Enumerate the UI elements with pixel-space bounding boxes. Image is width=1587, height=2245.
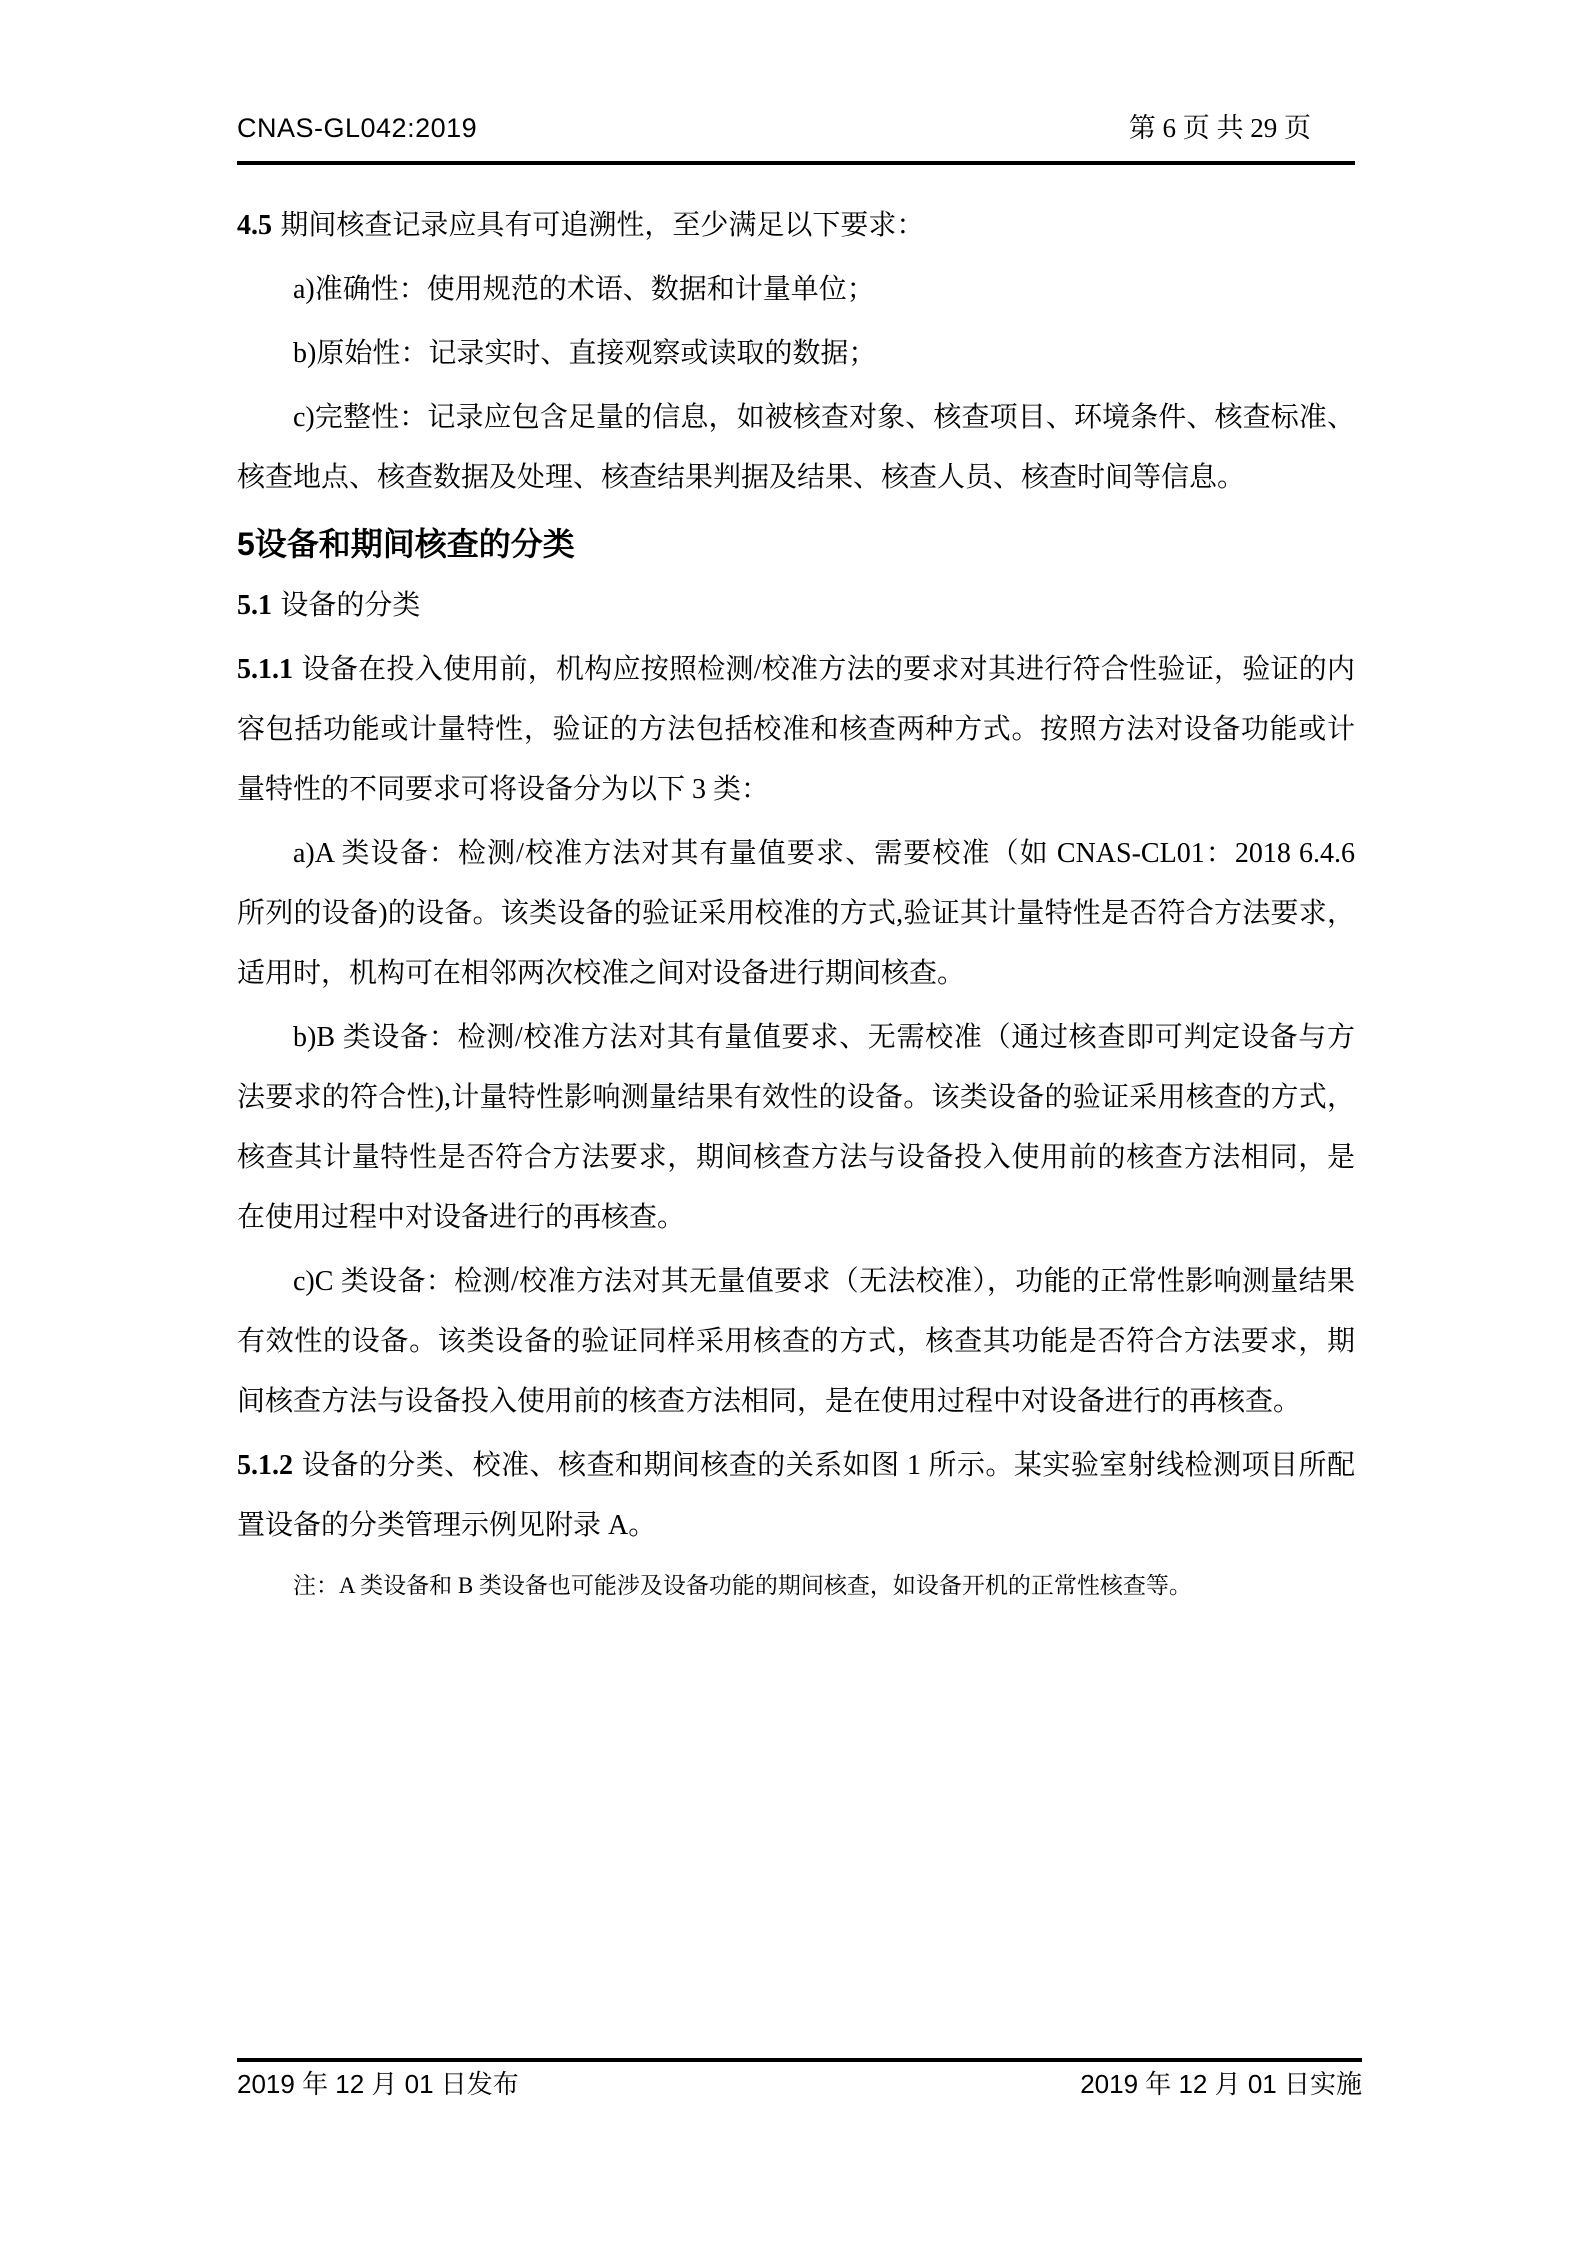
chapter-5-heading: 5设备和期间核查的分类	[237, 514, 1355, 574]
section-text: 设备的分类	[280, 590, 420, 621]
section-text: 期间核查记录应具有可追溯性，至少满足以下要求：	[280, 210, 924, 241]
list-item-b-class-b-equipment: b)B 类设备：检测/校准方法对其有量值要求、无需校准（通过核查即可判定设备与方…	[237, 1008, 1355, 1248]
page-header: CNAS-GL042:2019 第 6 页 共 29 页	[237, 112, 1355, 144]
list-item-c-completeness: c)完整性：记录应包含足量的信息，如被核查对象、核查项目、环境条件、核查标准、核…	[237, 388, 1355, 508]
header-divider	[237, 161, 1355, 165]
page-footer: 2019 年 12 月 01 日发布 2019 年 12 月 01 日实施	[237, 2068, 1362, 2100]
section-5-1-2-paragraph: 5.1.2设备的分类、校准、核查和期间核查的关系如图 1 所示。某实验室射线检测…	[237, 1436, 1355, 1556]
list-item-a-accuracy: a)准确性：使用规范的术语、数据和计量单位；	[237, 260, 1355, 320]
section-number: 5.1	[237, 590, 272, 621]
section-5-1-1-paragraph: 5.1.1设备在投入使用前，机构应按照检测/校准方法的要求对其进行符合性验证，验…	[237, 640, 1355, 820]
section-number: 5.1.1	[237, 654, 293, 685]
section-text: 设备在投入使用前，机构应按照检测/校准方法的要求对其进行符合性验证，验证的内容包…	[237, 654, 1355, 805]
implementation-date: 2019 年 12 月 01 日实施	[1080, 2068, 1362, 2100]
section-number: 5.1.2	[237, 1450, 293, 1481]
section-number: 4.5	[237, 210, 272, 241]
doc-number: CNAS-GL042:2019	[237, 112, 477, 144]
footer-divider	[237, 2058, 1362, 2062]
document-body: 4.5期间核查记录应具有可追溯性，至少满足以下要求： a)准确性：使用规范的术语…	[237, 196, 1355, 1606]
section-text: 设备的分类、校准、核查和期间核查的关系如图 1 所示。某实验室射线检测项目所配置…	[237, 1450, 1355, 1541]
list-item-a-class-a-equipment: a)A 类设备：检测/校准方法对其有量值要求、需要校准（如 CNAS-CL01：…	[237, 824, 1355, 1004]
list-item-b-originality: b)原始性：记录实时、直接观察或读取的数据；	[237, 324, 1355, 384]
section-4-5-paragraph: 4.5期间核查记录应具有可追溯性，至少满足以下要求：	[237, 196, 1355, 256]
note-paragraph: 注：A 类设备和 B 类设备也可能涉及设备功能的期间核查，如设备开机的正常性核查…	[237, 1566, 1355, 1606]
list-item-c-class-c-equipment: c)C 类设备：检测/校准方法对其无量值要求（无法校准），功能的正常性影响测量结…	[237, 1252, 1355, 1432]
page-number-indicator: 第 6 页 共 29 页	[1129, 112, 1355, 144]
document-page: CNAS-GL042:2019 第 6 页 共 29 页 4.5期间核查记录应具…	[0, 0, 1587, 2245]
section-5-1-paragraph: 5.1设备的分类	[237, 576, 1355, 636]
release-date: 2019 年 12 月 01 日发布	[237, 2068, 519, 2100]
